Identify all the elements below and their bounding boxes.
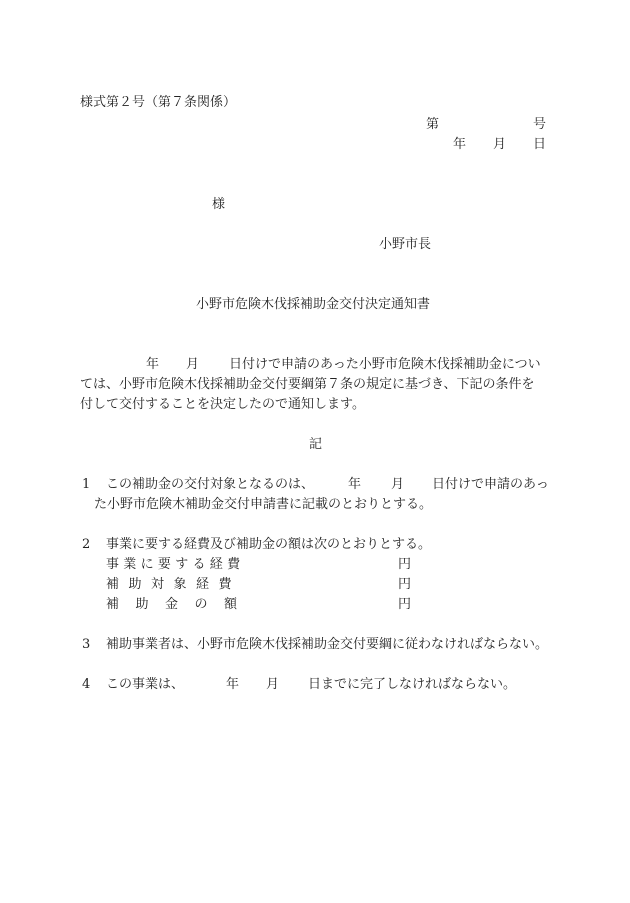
intro-line2: ては、小野市危険木伐採補助金交付要綱第７条の規定に基づき、下記の条件を (80, 377, 534, 393)
item-1-line1a: この補助金の交付対象となるのは、 (106, 477, 314, 493)
intro-year: 年 (146, 357, 159, 373)
intro-line3: 付して交付することを決定したので通知します。 (80, 397, 365, 413)
item-number: 1 (82, 477, 90, 493)
item-number: 3 (82, 637, 90, 653)
item-2-text: 事業に要する経費及び補助金の額は次のとおりとする。 (106, 537, 431, 553)
addressee-suffix: 様 (212, 197, 225, 213)
eligible-cost-row-unit: 円 (398, 577, 411, 593)
ki-heading: 記 (309, 437, 322, 453)
item-number: 2 (82, 537, 90, 553)
intro-line1: 日付けで申請のあった小野市危険木伐採補助金につい (229, 357, 541, 373)
item-3-text: 補助事業者は、小野市危険木伐採補助金交付要綱に従わなければならない。 (106, 637, 548, 653)
date-year: 年 (453, 137, 466, 153)
cost-row-label: 事業に要する経費 (106, 557, 244, 573)
item-4-text-a: この事業は、 (106, 677, 184, 693)
number-prefix: 第 (426, 117, 439, 133)
item-1-month: 月 (391, 477, 404, 493)
subsidy-amount-row-unit: 円 (398, 597, 411, 613)
item-1-line2: た小野市危険木補助金交付申請書に記載のとおりとする。 (94, 497, 432, 513)
issuer: 小野市長 (379, 237, 431, 253)
item-4-text-b: 日までに完了しなければならない。 (308, 677, 516, 693)
item-4-year: 年 (226, 677, 239, 693)
item-1-line1b: 日付けで申請のあっ (432, 477, 549, 493)
date-day: 日 (533, 137, 546, 153)
form-label: 様式第２号（第７条関係） (80, 95, 236, 111)
cost-row-unit: 円 (398, 557, 411, 573)
item-4-month: 月 (266, 677, 279, 693)
item-1-year: 年 (348, 477, 361, 493)
eligible-cost-row-label: 補助対象経費 (106, 577, 241, 593)
subsidy-amount-row-label: 補助金の額 (106, 597, 254, 613)
intro-month: 月 (186, 357, 199, 373)
number-suffix: 号 (533, 117, 546, 133)
item-number: 4 (82, 677, 90, 693)
date-month: 月 (493, 137, 506, 153)
document-title: 小野市危険木伐採補助金交付決定通知書 (196, 297, 430, 313)
